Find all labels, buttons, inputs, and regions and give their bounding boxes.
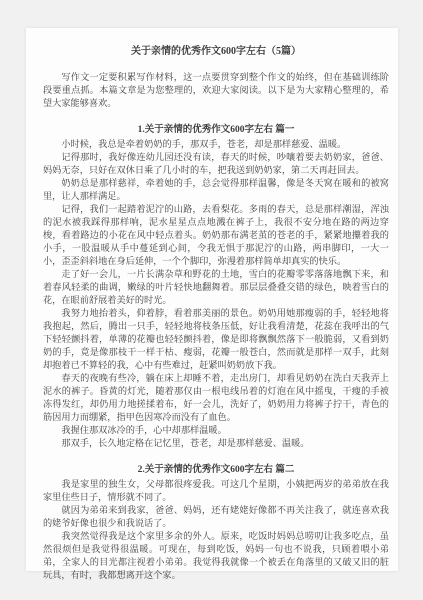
section-1-paragraph: 我握住那双冰冷的手，心中却那样温暖。 (43, 424, 389, 437)
section-2-paragraph: 我突然觉得我是这个家里多余的外人。原来，吃饭时妈妈总唠叨让我多吃点，虽然很烦但是… (43, 530, 389, 582)
section-1-paragraph: 记得那时，我好像连幼儿园还没有读，春天的时候，吵嚷着要去奶奶家，爸爸、妈妈无奈，… (43, 151, 389, 177)
section-1-paragraph: 记得，我们一起踏着泥泞的山路，去看梨花。多雨的春天，总是那样潮湿，浑浊的泥水被我… (43, 203, 389, 268)
section-1-paragraph: 我努力地抬着头，仰着脖，看着那美丽的景色。奶奶用她那瘦弱的手，轻轻地将我抱起，然… (43, 307, 389, 372)
section-2-paragraph: 就因为弟弟来到我家，爸爸、妈妈，还有姥姥好像都不再关注我了，就连喜欢我的姥爷好像… (43, 504, 389, 530)
document-title: 关于亲情的优秀作文600字左右（5篇） (43, 45, 389, 58)
section-1-paragraph: 走了好一会儿，一片长满杂草和野花的土地，雪白的花瓣零零落落地飘下来，和着春风轻柔… (43, 268, 389, 307)
section-1-paragraph: 小时候，我总是牵着奶奶的手，那双手，苍老，却是那样慈爱、温暖。 (43, 138, 389, 151)
section-1-paragraph: 奶奶总是那样慈祥，牵着她的手，总会觉得那样温馨，像是冬天窝在暖和的被窝里，让人那… (43, 177, 389, 203)
document-viewer-background: 关于亲情的优秀作文600字左右（5篇） 写作文一定要积累写作材料，这一点要贯穿到… (0, 0, 423, 600)
section-1-paragraph: 那双手，长久地定格在记忆里，苍老，却是那样慈爱、温暖。 (43, 437, 389, 450)
section-1-paragraph: 春天的夜晚有些冷，躺在床上却睡不着，走出房门，却看见奶奶在洗白天我弄上泥水的裤子… (43, 372, 389, 424)
section-1-heading: 1.关于亲情的优秀作文600字左右 篇一 (43, 123, 389, 137)
section-2-paragraph: 我是家里的独生女，父母都很疼爱我。可这几个星期，小姨把两岁的弟弟放在我家里住些日… (43, 478, 389, 504)
section-2-heading: 2.关于亲情的优秀作文600字左右 篇二 (43, 463, 389, 477)
intro-paragraph: 写作文一定要积累写作材料，这一点要贯穿到整个作文的始终，但在基础训练阶段要重点抓… (43, 71, 389, 110)
document-page: 关于亲情的优秀作文600字左右（5篇） 写作文一定要积累写作材料，这一点要贯穿到… (26, 28, 398, 571)
